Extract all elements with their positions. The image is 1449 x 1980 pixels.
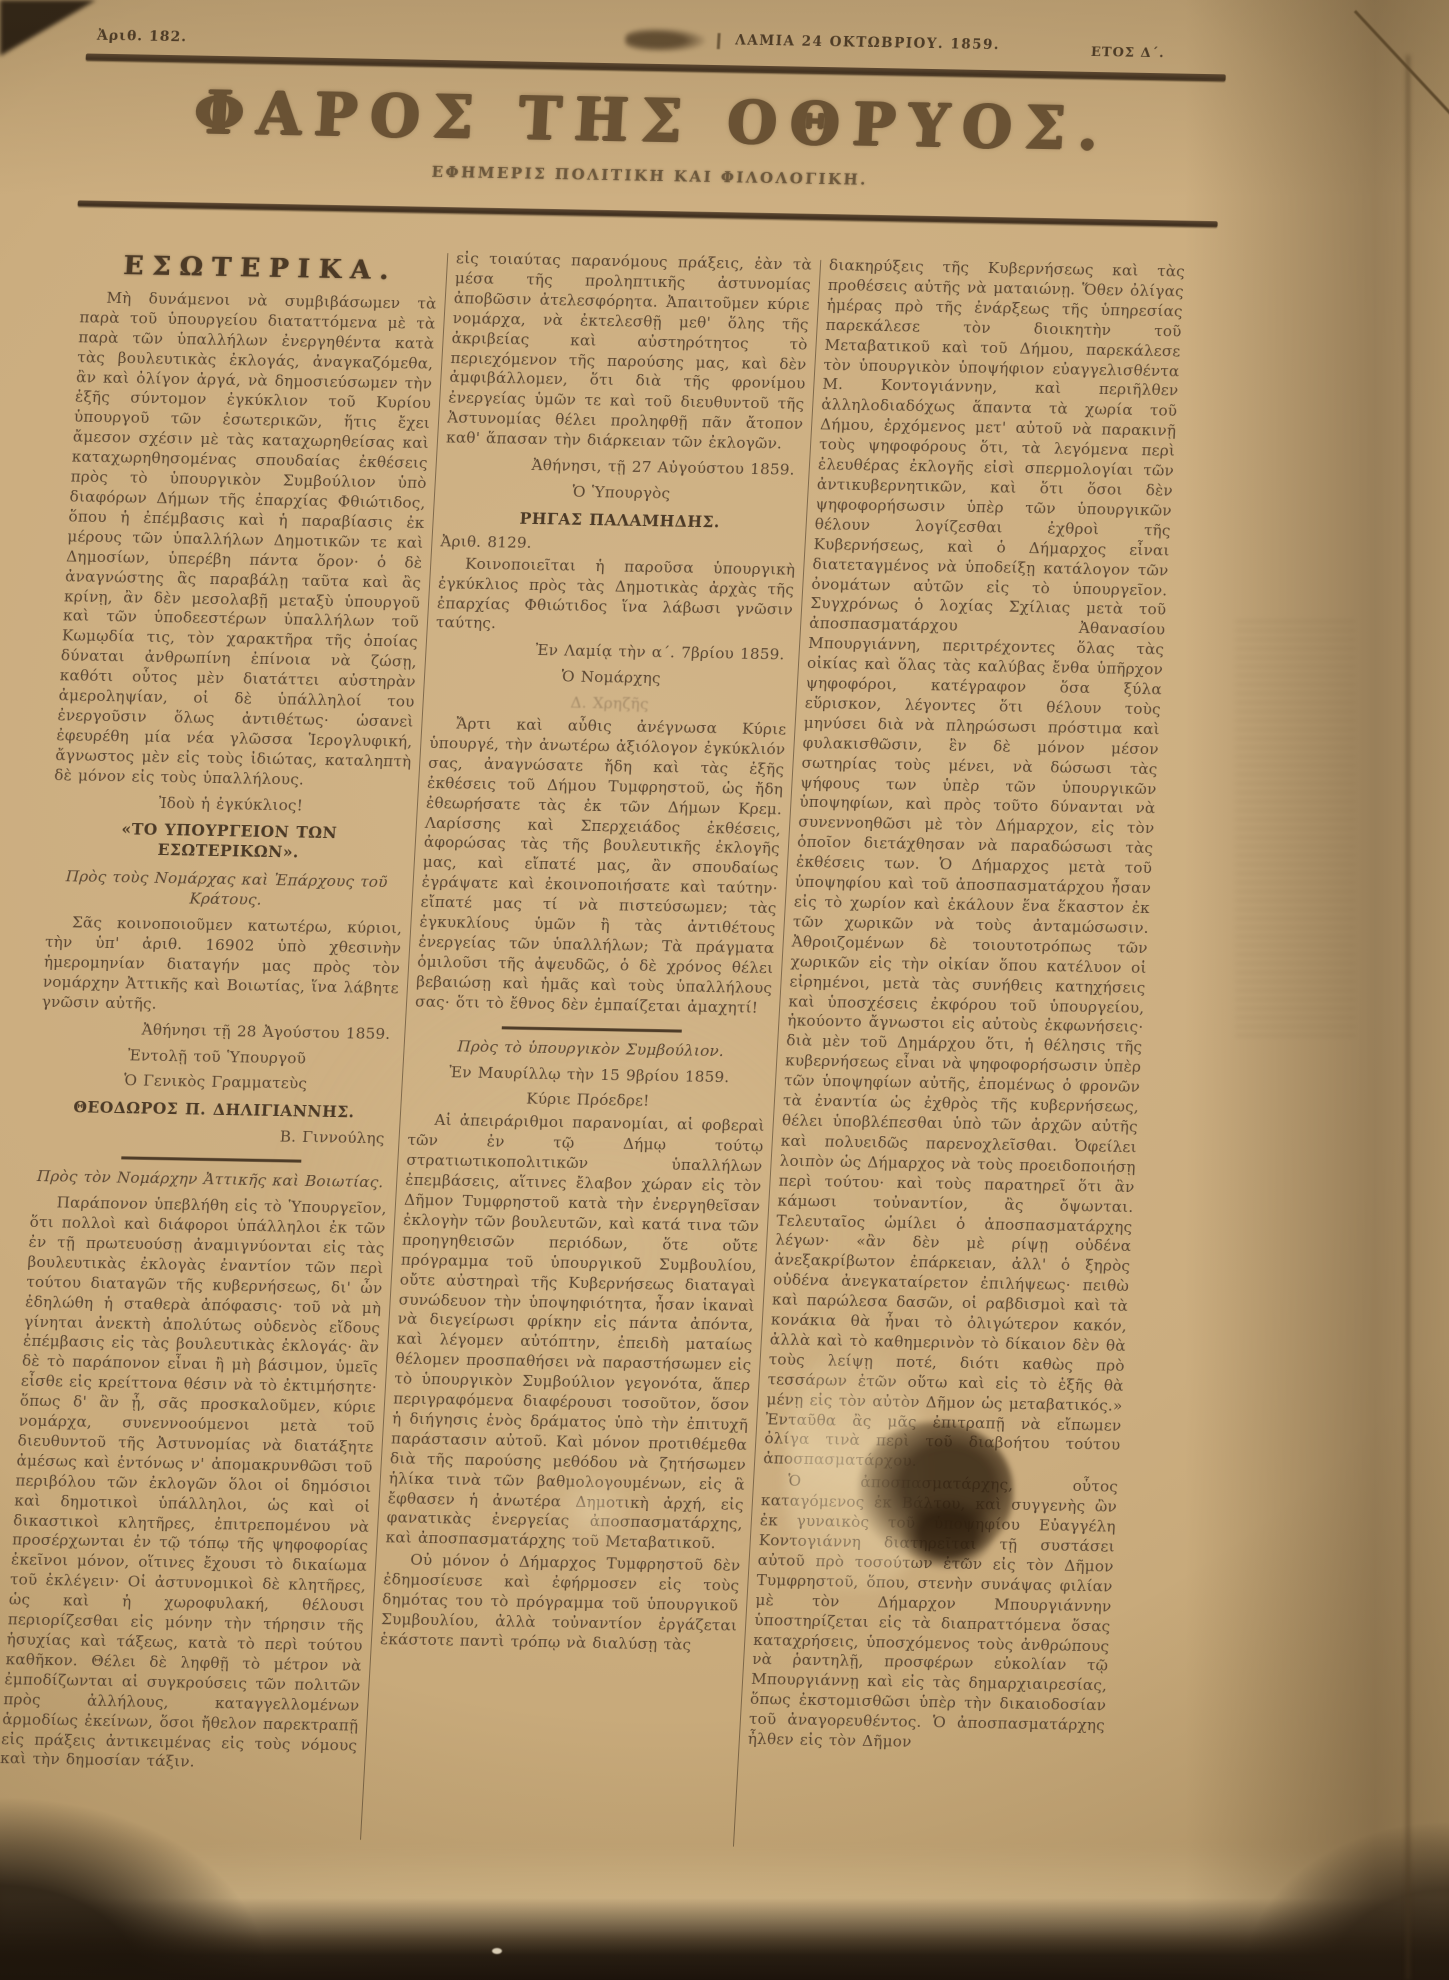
verso-bleed-through — [1235, 620, 1355, 1040]
center-line: Ὁ Ὑπουργὸς — [443, 480, 800, 506]
newspaper-page: Ἀριθ. 182. ΛΑΜΙΑ 24 ΟΚΤΩΒΡΙΟΥ. 1859. ΕΤΟ… — [0, 16, 1228, 1854]
masthead-rule — [78, 200, 1218, 227]
article-paragraph: Κοινοποιεῖται ἡ παροῦσα ὑπουργικὴ ἐγκύκλ… — [435, 554, 795, 640]
article-paragraph: Μὴ δυνάμενοι νὰ συμβιβάσωμεν τὰ παρὰ τοῦ… — [54, 288, 437, 792]
center-line: Ὁ Γενικὸς Γραμματεὺς — [37, 1070, 394, 1096]
paper-fold-highlight — [0, 1845, 1449, 1935]
issue-number: Ἀριθ. 182. — [97, 28, 188, 46]
photo-corner-shadow — [1240, 1820, 1449, 1980]
dateline: ΛΑΜΙΑ 24 ΟΚΤΩΒΡΙΟΥ. 1859. — [735, 32, 1001, 53]
address-line: Πρὸς τὸν Νομάρχην Ἀττικῆς καὶ Βοιωτίας. — [32, 1167, 389, 1193]
article-paragraph: Ὁ ἀποσπασματάρχης, οὗτος καταγόμενος ἐκ … — [747, 1471, 1118, 1756]
center-line: Κύριε Πρόεδρε! — [409, 1088, 766, 1114]
masthead-title: ΦΑΡΟΣ ΤΗΣ ΟΘΡΥΟΣ. — [81, 75, 1225, 166]
ink-tick — [717, 33, 721, 49]
article-paragraph: Οὐ μόνον ὁ Δήμαρχος Τυμφρηστοῦ δὲν ἐδημο… — [379, 1551, 740, 1657]
address-line: Πρὸς τοὺς Νομάρχας καὶ Ἐπάρχους τοῦ Κράτ… — [47, 867, 405, 913]
photo-backdrop: Ἀριθ. 182. ΛΑΜΙΑ 24 ΟΚΤΩΒΡΙΟΥ. 1859. ΕΤΟ… — [0, 0, 1449, 1980]
caps-line: «ΤΟ ΥΠΟΥΡΓΕΙΟΝ ΤΩΝ ΕΣΩΤΕΡΙΚΩΝ». — [50, 818, 408, 864]
photo-bottom-shadow — [0, 1898, 1449, 1980]
article-paragraph: Σᾶς κοινοποιοῦμεν κατωτέρω, κύριοι, τὴν … — [41, 913, 402, 1019]
ink-smudge — [625, 27, 706, 52]
article-paragraph-continuation: διακηρύξεις τῆς Κυβερνήσεως καὶ τὰς προθ… — [763, 256, 1186, 1476]
center-line: Ἐν Μαυρίλλῳ τὴν 15 9βρίου 1859. — [411, 1062, 768, 1088]
photo-corner-shadow — [0, 0, 96, 56]
glass-crack-line — [1354, 10, 1449, 121]
right-margin-shadow — [1185, 0, 1449, 1980]
article-paragraph: Παράπονον ὑπεβλήθη εἰς τὸ Ὑπουργεῖον, ὅτ… — [0, 1193, 387, 1776]
frame-edge-line — [1406, 55, 1410, 1980]
address-line: Πρὸς τὸ ὑπουργικὸν Συμβούλιον. — [412, 1036, 769, 1062]
year-label: ΕΤΟΣ Δ΄. — [1090, 45, 1165, 61]
paper-speck — [492, 1948, 502, 1954]
faint-signature-line: Δ. Χρηζῆς — [431, 691, 788, 717]
dateline-right: Ἐν Λαμίᾳ τὴν α΄. 7βρίου 1859. — [434, 639, 791, 665]
section-heading: ΕΣΩΤΕΡΙΚΑ. — [82, 256, 439, 282]
article-paragraph: Ἄρτι καὶ αὖθις ἀνέγνωσα Κύριε ὑπουργέ, τ… — [415, 714, 787, 1019]
caps-line: ΘΕΟΔΩΡΟΣ Π. ΔΗΛΙΓΙΑΝΝΗΣ. — [35, 1097, 392, 1123]
dateline-right: Ἀθήνησι, τῇ 27 Αὐγούστου 1859. — [444, 454, 801, 480]
dateline-right: Β. Γιννούλης — [34, 1123, 391, 1149]
caps-line: ΡΗΓΑΣ ΠΑΛΑΜΗΔΗΣ. — [441, 507, 798, 533]
article-columns: ΕΣΩΤΕΡΙΚΑ.Μὴ δυνάμενοι νὰ συμβιβάσωμεν τ… — [0, 242, 1215, 1854]
article-paragraph-continuation: εἰς τοιαύτας παρανόμους πράξεις, ἐὰν τὰ … — [446, 249, 813, 454]
dateline-right: Ἀθήνησι τῇ 28 Ἀγούστου 1859. — [40, 1018, 397, 1044]
article-paragraph: Αἱ ἀπειράριθμοι παρανομίαι, αἱ φοβεραὶ τ… — [385, 1111, 765, 1555]
center-line: Ἰδοὺ ἡ ἐγκύκλιος! — [52, 792, 409, 818]
center-line: Ὁ Νομάρχης — [433, 665, 790, 691]
separator-rule — [121, 1157, 301, 1163]
separator-rule — [502, 1026, 682, 1032]
center-line: Ἐντολῇ τοῦ Ὑπουργοῦ — [38, 1044, 395, 1070]
